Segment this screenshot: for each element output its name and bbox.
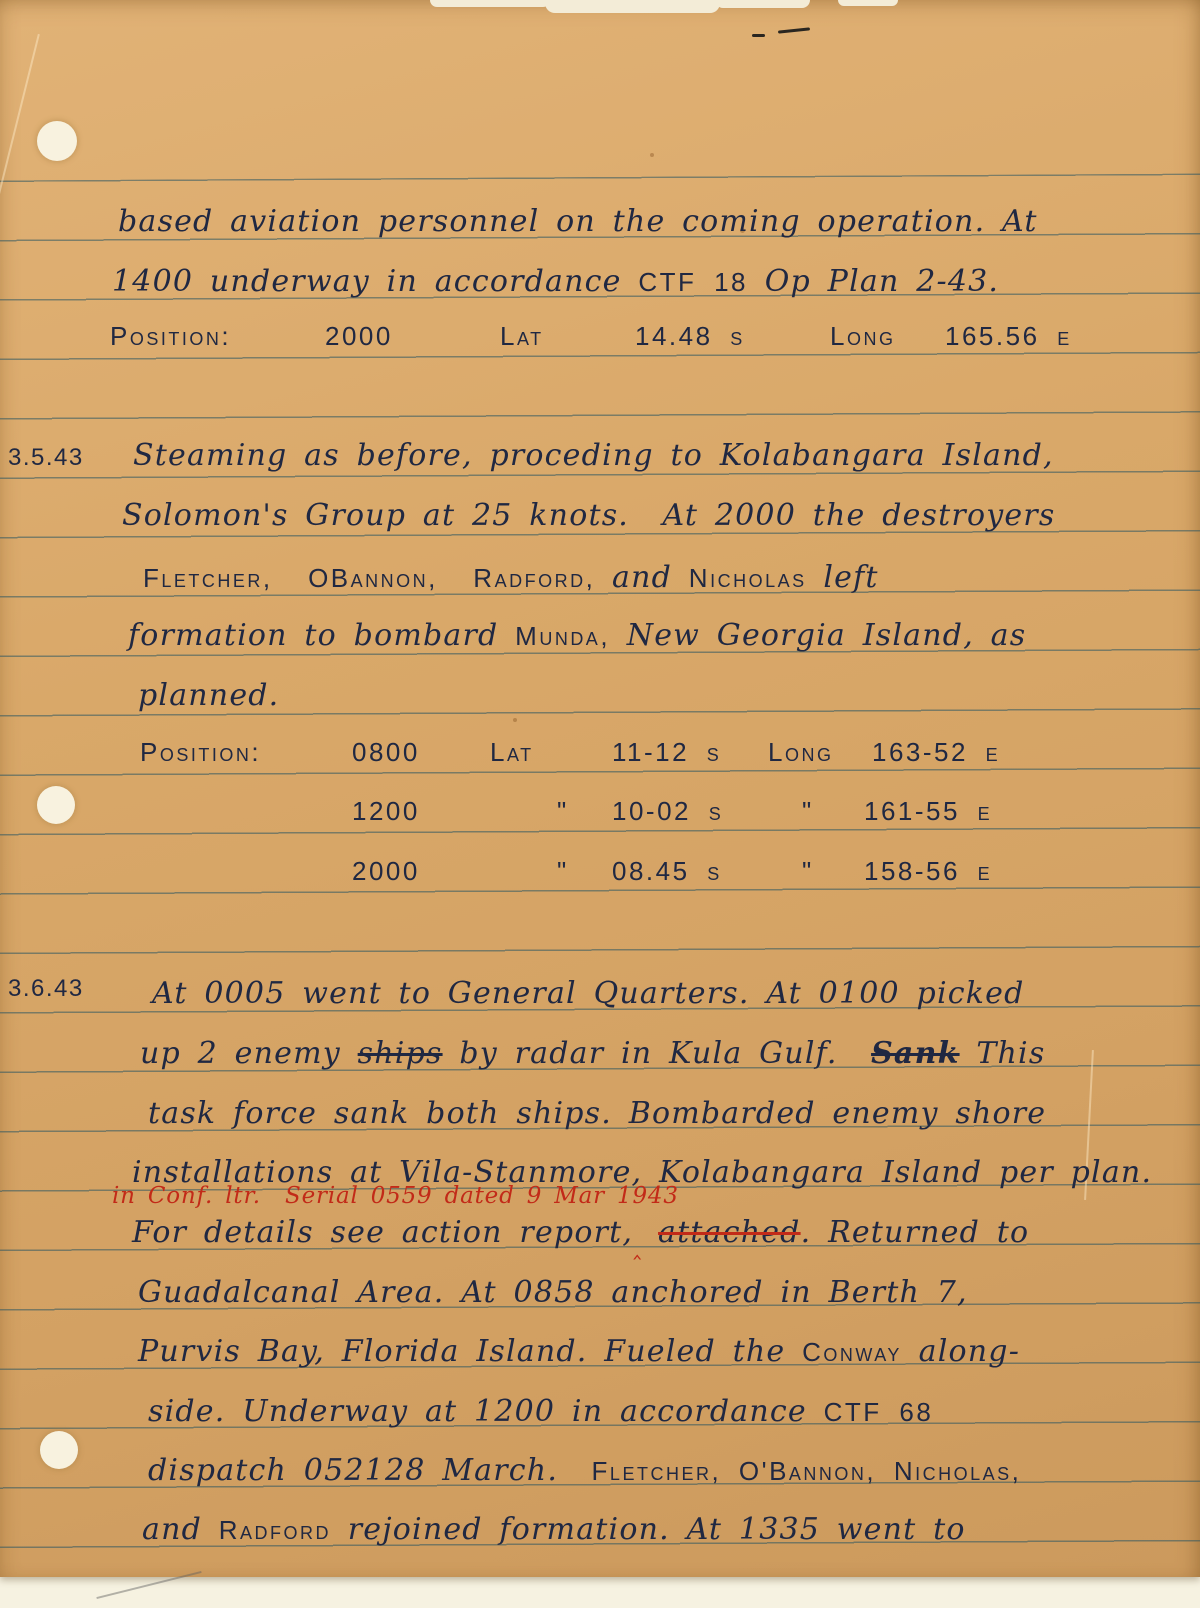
handwriting-segment: 1400 underway in accordance — [112, 264, 638, 299]
handwritten-line: Solomon's Group at 25 knots. At 2000 the… — [122, 498, 1055, 533]
handwriting-segment: " — [557, 856, 612, 887]
handwriting-segment: 08.45 s — [612, 856, 802, 887]
punch-hole — [40, 1431, 78, 1469]
handwriting-segment: and — [142, 1512, 219, 1547]
handwriting-segment: This — [960, 1036, 1046, 1071]
handwriting-segment: 2000 — [325, 321, 500, 352]
handwriting-segment: up 2 enemy — [140, 1036, 358, 1071]
handwritten-line: task force sank both ships. Bombarded en… — [148, 1096, 1046, 1131]
handwriting-segment — [641, 1215, 658, 1250]
handwriting-segment: 1200 — [352, 796, 557, 827]
punch-hole — [37, 121, 77, 161]
handwriting-segment: 158-56 e — [864, 856, 992, 886]
handwriting-segment: ships — [358, 1036, 443, 1071]
handwriting-segment: and — [595, 560, 688, 595]
handwritten-line: Purvis Bay, Florida Island. Fueled the C… — [138, 1334, 1020, 1369]
handwriting-segment: 11-12 s — [612, 737, 768, 768]
handwriting-segment: " — [802, 856, 864, 887]
torn-edge — [838, 0, 898, 6]
handwriting-segment: Long — [830, 321, 945, 352]
handwriting-segment: dispatch 052128 March. — [148, 1453, 592, 1488]
handwriting-segment: Fletcher, OBannon, Radford, — [143, 563, 595, 593]
handwriting-segment: New Georgia Island, as — [610, 618, 1026, 653]
handwritten-line: and Radford rejoined formation. At 1335 … — [142, 1512, 966, 1547]
handwritten-line: Steaming as before, proceding to Kolaban… — [133, 438, 1054, 473]
paper-speck — [650, 153, 654, 157]
handwriting-segment: 0800 — [352, 737, 490, 768]
handwritten-line: 1400 underway in accordance CTF 18 Op Pl… — [112, 264, 999, 299]
torn-edge — [545, 0, 720, 13]
torn-edge — [715, 0, 810, 8]
handwriting-segment: 10-02 s — [612, 796, 802, 827]
handwriting-segment: Conway — [802, 1337, 902, 1367]
handwriting-segment: attached — [658, 1215, 801, 1250]
handwriting-segment: Lat — [490, 737, 612, 768]
handwriting-segment: rejoined formation. At 1335 went to — [331, 1512, 966, 1547]
handwriting-segment: " — [802, 796, 864, 827]
handwritten-line: Guadalcanal Area. At 0858 anchored in Be… — [138, 1275, 968, 1310]
handwritten-line: At 0005 went to General Quarters. At 010… — [152, 976, 1024, 1011]
handwriting-segment: Position: — [140, 737, 352, 768]
handwriting-segment: formation to bombard — [128, 618, 515, 653]
handwriting-segment: CTF 18 — [638, 267, 748, 297]
handwriting-segment: Radford — [219, 1515, 331, 1545]
handwriting-segment: 161-55 e — [864, 796, 992, 826]
handwritten-line: For details see action report,‸ attached… — [132, 1215, 1029, 1260]
handwriting-segment: Position: — [110, 321, 325, 352]
handwriting-segment: by radar in Kula Gulf. — [443, 1036, 871, 1071]
handwritten-line: in Conf. ltr. Serial 0559 dated 9 Mar 19… — [112, 1183, 679, 1209]
handwriting-segment: Fletcher, O'Bannon, Nicholas, — [592, 1456, 1022, 1486]
handwritten-line: dispatch 052128 March. Fletcher, O'Banno… — [148, 1453, 1021, 1488]
handwriting-segment: Solomon's Group at 25 knots. At 2000 the… — [122, 498, 1055, 533]
paper-crease — [0, 34, 40, 306]
handwriting-segment: " — [557, 796, 612, 827]
handwritten-line: Fletcher, OBannon, Radford, and Nicholas… — [143, 560, 879, 595]
handwriting-segment: Steaming as before, proceding to Kolaban… — [133, 438, 1054, 473]
handwriting-segment: At 0005 went to General Quarters. At 010… — [152, 976, 1024, 1011]
handwriting-segment: 2000 — [352, 856, 557, 887]
handwriting-segment: based aviation personnel on the coming o… — [118, 204, 1038, 239]
handwritten-line: planned. — [138, 678, 279, 713]
handwriting-segment: . Returned to — [801, 1215, 1030, 1250]
handwriting-segment: CTF 68 — [824, 1397, 934, 1427]
handwritten-line: up 2 enemy ships by radar in Kula Gulf. … — [140, 1036, 1045, 1071]
handwriting-segment: Long — [768, 737, 872, 768]
handwriting-segment: 163-52 e — [872, 737, 1000, 767]
handwriting-segment: along- — [902, 1334, 1020, 1369]
torn-edge — [430, 0, 550, 7]
handwritten-line: side. Underway at 1200 in accordance CTF… — [148, 1394, 933, 1429]
punch-hole — [37, 786, 75, 824]
handwriting-segment: For details see action report, — [132, 1215, 633, 1250]
notebook-paper: based aviation personnel on the coming o… — [0, 0, 1200, 1577]
handwriting-segment: Lat — [500, 321, 635, 352]
handwritten-line: Position:2000Lat14.48 sLong165.56 e — [110, 321, 1072, 352]
handwriting-segment: left — [807, 560, 879, 595]
handwriting-segment: planned. — [138, 678, 279, 713]
handwriting-segment: Op Plan 2-43. — [748, 264, 999, 299]
handwritten-line: 2000"08.45 s"158-56 e — [352, 856, 992, 887]
handwriting-segment: 14.48 s — [635, 321, 830, 352]
entry-date: 3.5.43 — [8, 444, 84, 472]
handwriting-segment: task force sank both ships. Bombarded en… — [148, 1096, 1046, 1131]
paper-speck — [513, 718, 517, 722]
handwriting-segment: in Conf. ltr. Serial 0559 dated 9 Mar 19… — [112, 1183, 679, 1209]
handwritten-line: Position:0800Lat11-12 sLong163-52 e — [140, 737, 1000, 768]
ink-smudge — [752, 34, 765, 37]
handwriting-segment: 165.56 e — [945, 321, 1072, 351]
handwritten-line: formation to bombard Munda, New Georgia … — [128, 618, 1026, 653]
ink-smudge — [778, 27, 810, 33]
handwriting-segment: Sank — [871, 1036, 960, 1071]
handwritten-line: 1200"10-02 s"161-55 e — [352, 796, 992, 827]
handwriting-segment: Guadalcanal Area. At 0858 anchored in Be… — [138, 1275, 968, 1310]
entry-date: 3.6.43 — [8, 975, 84, 1003]
handwritten-line: based aviation personnel on the coming o… — [118, 204, 1038, 239]
handwriting-segment: Nicholas — [689, 563, 807, 593]
handwriting-segment: Purvis Bay, Florida Island. Fueled the — [138, 1334, 802, 1369]
handwriting-segment: side. Underway at 1200 in accordance — [148, 1394, 824, 1429]
handwriting-segment: Munda, — [515, 621, 610, 651]
